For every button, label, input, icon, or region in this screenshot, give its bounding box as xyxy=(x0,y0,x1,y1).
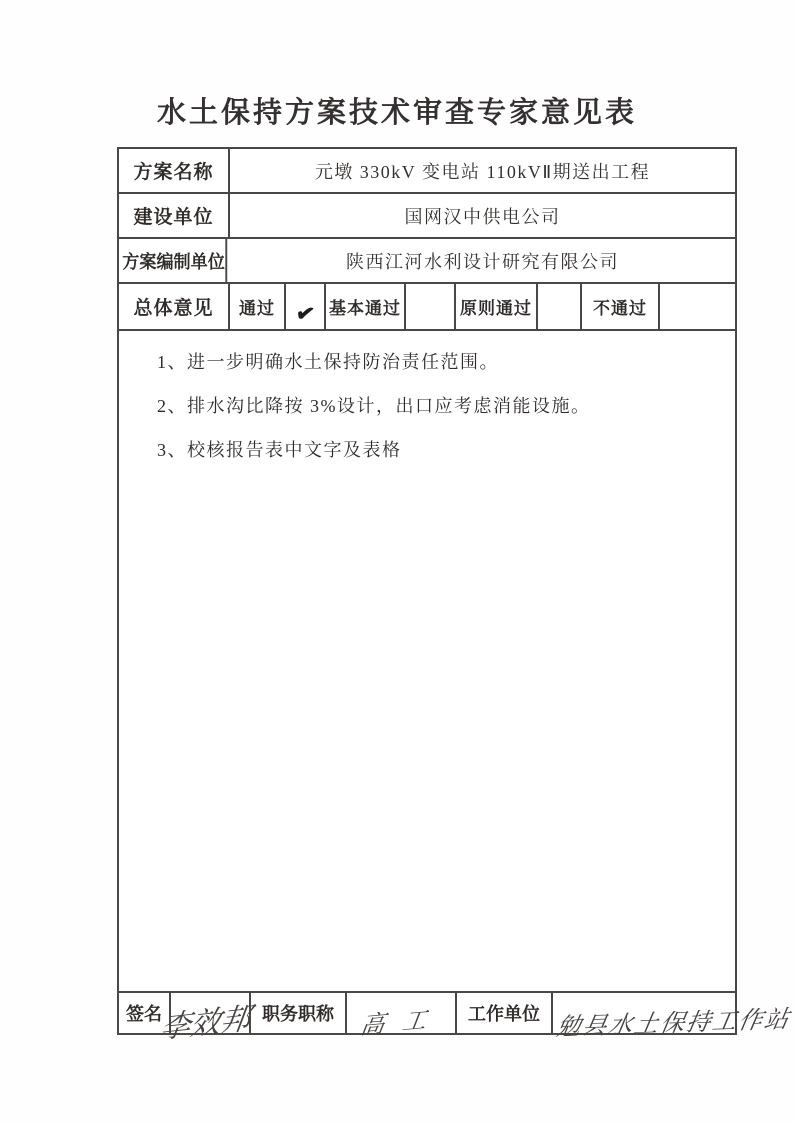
plan-name-value: 元墩 330kV 变电站 110kVⅡ期送出工程 xyxy=(230,149,735,192)
option-fail-label: 不通过 xyxy=(582,284,660,329)
construction-unit-label: 建设单位 xyxy=(119,194,230,237)
table-row-signature: 签名 李效邦 职务职称 高工 工作单位 勉县水土保持工作站 xyxy=(119,993,735,1033)
page-title: 水土保持方案技术审查专家意见表 xyxy=(0,90,794,131)
overall-opinion-label: 总体意见 xyxy=(119,284,230,329)
option-pass-label: 通过 xyxy=(230,284,286,329)
comment-line-2: 2、排水沟比降按 3%设计，出口应考虑消能设施。 xyxy=(157,391,591,422)
option-principle-pass-label: 原则通过 xyxy=(456,284,538,329)
job-title-label: 职务职称 xyxy=(251,993,347,1033)
table-row-construction-unit: 建设单位 国网汉中供电公司 xyxy=(119,194,735,239)
table-row-compiling-unit: 方案编制单位 陕西江河水利设计研究有限公司 xyxy=(119,239,735,284)
handwritten-work-unit: 勉县水土保持工作站 xyxy=(554,998,794,1041)
expert-comments-cell: 1、进一步明确水土保持防治责任范围。 2、排水沟比降按 3%设计，出口应考虑消能… xyxy=(119,331,735,991)
check-mark-icon: ✔ xyxy=(294,299,317,328)
option-basic-pass-markbox xyxy=(406,284,456,329)
job-title-cell: 高工 xyxy=(347,993,457,1033)
comment-line-3: 3、校核报告表中文字及表格 xyxy=(157,435,402,466)
option-principle-pass-markbox xyxy=(538,284,582,329)
handwritten-job-title: 高工 xyxy=(358,998,447,1041)
option-basic-pass-label: 基本通过 xyxy=(326,284,406,329)
comment-line-1: 1、进一步明确水土保持防治责任范围。 xyxy=(157,347,499,378)
review-form-table: 方案名称 元墩 330kV 变电站 110kVⅡ期送出工程 建设单位 国网汉中供… xyxy=(117,147,737,1035)
work-unit-cell: 勉县水土保持工作站 xyxy=(553,993,787,1033)
compiling-unit-label: 方案编制单位 xyxy=(122,239,227,282)
table-row-plan-name: 方案名称 元墩 330kV 变电站 110kVⅡ期送出工程 xyxy=(119,149,735,194)
table-row-comments: 1、进一步明确水土保持防治责任范围。 2、排水沟比降按 3%设计，出口应考虑消能… xyxy=(119,331,735,993)
signature-cell: 李效邦 xyxy=(171,993,251,1033)
handwritten-signature: 李效邦 xyxy=(158,993,254,1047)
table-row-overall-opinion: 总体意见 通过 ✔ 基本通过 原则通过 不通过 xyxy=(119,284,735,331)
work-unit-label: 工作单位 xyxy=(457,993,553,1033)
option-fail-markbox xyxy=(660,284,735,329)
option-pass-markbox: ✔ xyxy=(286,284,326,329)
compiling-unit-value: 陕西江河水利设计研究有限公司 xyxy=(230,239,735,282)
plan-name-label: 方案名称 xyxy=(119,149,230,192)
construction-unit-value: 国网汉中供电公司 xyxy=(230,194,735,237)
scanned-form-page: 水土保持方案技术审查专家意见表 方案名称 元墩 330kV 变电站 110kVⅡ… xyxy=(0,0,794,1122)
